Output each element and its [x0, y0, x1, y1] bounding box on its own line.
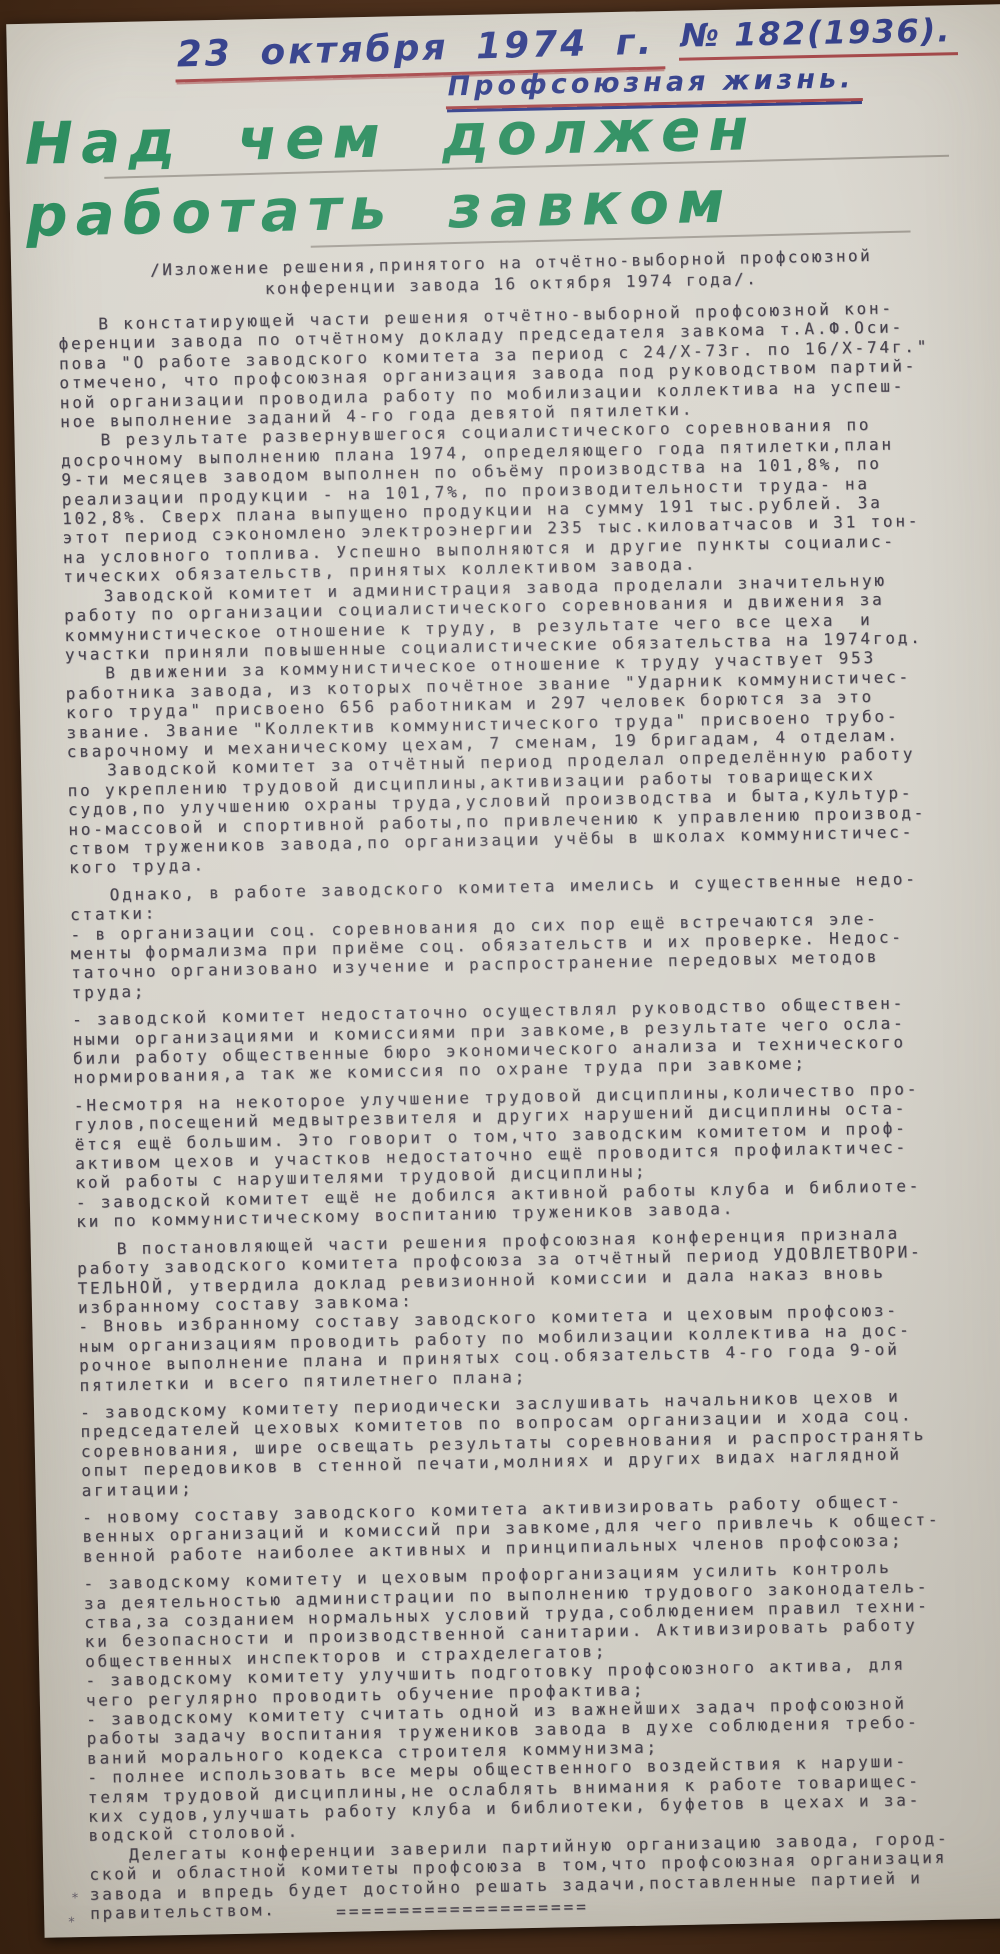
bullet-weak-leadership: - заводской комитет недостаточно осущест… — [72, 991, 1000, 1088]
article-body: В констатирующей части решения отчётно-в… — [58, 296, 1000, 1923]
article-subtitle: /Изложение решения,принятого на отчётно-… — [71, 243, 952, 303]
paragraph-movement: В движении за коммунистическое отношение… — [65, 645, 1000, 761]
article-title: Над чем должен работать завком — [24, 93, 759, 252]
bullet-activate-commissions: - новому составу заводского комитета акт… — [82, 1489, 1000, 1566]
margin-mark: * — [68, 1915, 75, 1930]
paragraph-results: В результате развернувшегося социалистич… — [60, 413, 1000, 587]
bullet-hearings: - заводскому комитету периодически заслу… — [80, 1384, 1000, 1500]
bullet-discipline-violations: -Несмотря на некоторое улучшение трудово… — [74, 1077, 1000, 1193]
handwritten-issue-number: № 182(1936). — [678, 11, 958, 61]
bullet-labor-law-control: - заводскому комитету и цеховым профорга… — [83, 1555, 1000, 1671]
paragraph-discipline: Заводской комитет за отчётный период про… — [67, 742, 1000, 877]
paragraph-preamble: В констатирующей части решения отчётно-в… — [58, 296, 1000, 431]
photo-of-document: { "header": { "date": "23 октября 1974 г… — [0, 0, 1000, 1954]
margin-mark: * — [72, 1891, 79, 1906]
end-divider: ==================== — [336, 1897, 589, 1921]
document-page: 23 октября 1974 г. № 182(1936). Профсоюз… — [6, 4, 1000, 1938]
title-line-2: работать завком — [25, 165, 758, 252]
